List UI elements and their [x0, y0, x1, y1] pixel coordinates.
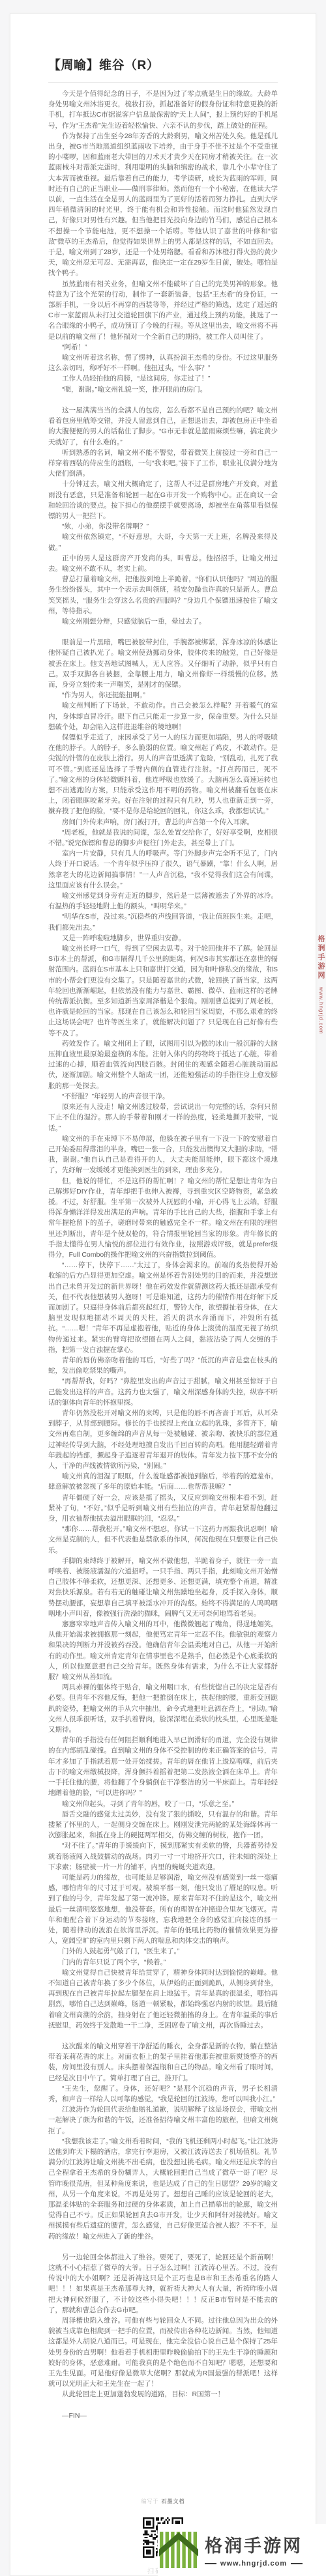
- paragraph: 青年仍然没松开对喻文州的束缚，只是他的唇不再吝啬于耳后，从耳朵到脖子，从背部到腰…: [48, 1408, 278, 1471]
- paragraph-gap: [48, 2400, 278, 2411]
- paragraph: 青年僵硬了好一会，应该是摇了摇头，又反应到喻文州根本看不到，赶紧补了句，“不好。…: [48, 1493, 278, 1524]
- paragraph: 房间门外传来声响，房门被打开，曹总的声音第一个传入耳廓。: [48, 817, 278, 827]
- paragraph: 窸窸窣窣地声音传入喻文州的耳中，他微微翘起了嘴角，得逞地媚笑。从他开始渴求被拥抱…: [48, 1619, 278, 1682]
- paragraph: 周泽楷也陷入维谷。可他有些与轮回众人不同。过往他总因为出众的外貌被当成靠色相爬到…: [48, 2315, 278, 2389]
- paragraph: 喻文州的手在束缚下不易伸展，他躲在被子里有一下没一下的安慰着自己开始委屈得落泪的…: [48, 1134, 278, 1176]
- paragraph: 青年的手指没有任何阻拦顺利地进入早已润滑好的甬道，完全没有规律的在内部胡乱碰撞。…: [48, 1735, 278, 1798]
- paragraph: 又是一阵呼啦啦地脚步，世界重归安静。: [48, 933, 278, 943]
- paragraph: 手脚的束缚终于被解开，喻文州不做他想，半跪着身子，就往一旁一直呼唤着、被肠液濡湿…: [48, 1556, 278, 1619]
- paragraph: 但，他说的帮忙，不是这样的帮忙啊！？喻文州的帮忙是想让青年为自己解绑好DIY作业…: [48, 1176, 278, 1261]
- side-watermark-site-name: 格润手游网: [317, 935, 325, 980]
- paragraph: 原来还有人没走！喻文州透过胶带，尝试说出一句完整的话，奈何只留下止不住的湿泞。那…: [48, 1102, 278, 1134]
- platform-link[interactable]: 石墨文档: [162, 2498, 185, 2504]
- paragraph: “阿希！”: [48, 342, 278, 352]
- paragraph: 喻文州觉得自己快被青年给贯穿了，精神身体同时达到愉悦的巅峰。他不知道自己被青年换…: [48, 1968, 278, 2031]
- paragraph: “作为男人，你还挺能扭啊。”: [48, 690, 278, 700]
- paragraph: 作为保持了出生至今28年芳香的大龄剩男，喻文州苦处久矣。他是孤儿出身，被G市当地…: [48, 131, 278, 279]
- paragraph: 虽然蓝雨有相关业务，但喻文州不能破坏了自己的完美男神的形象。他特意为了这个光荣的…: [48, 279, 278, 342]
- paragraph: 喻文州真的泪湿了眼眶，什么羞耻感都被抛到脑后，举着药的遮羞布，肆意解放被忽视了多…: [48, 1471, 278, 1492]
- paragraph: 喻文州仰起头，寻到了青年的唇，咬了一口，“乐意之至。”: [48, 1799, 278, 1809]
- paragraph: 江波涛作为轮回代表给他赔礼道歉，说明解释了这是场误会，带喻文州一起解决了颇为和谐…: [48, 2104, 278, 2136]
- paragraph: “那你……帮我松开。”喻文州不想忍，你试一下这药力再跟我说忍啊！喻文州是克制的人…: [48, 1524, 278, 1556]
- paragraph: 室内一片安静，只有几人的呼吸声。等门外脚步声完全听不见了，门内人终于开口说话。一…: [48, 848, 278, 891]
- brand-site-name: 格润手游网: [205, 2532, 303, 2557]
- paragraph: “王先生，您醒了。身体，还好吧？”是那个沉稳的声音，男子长相清秀，和声音一样给人…: [48, 2083, 278, 2104]
- paragraph: “……停下，快停下……”太过了，身体会渴求的。前端的炙热使得开始收缩的后方凸显得…: [48, 1260, 278, 1355]
- paragraph: 今天是个值得纪念的日子，不是因为过了零点就是生日的缘故。大龄单身处男喻文州沐浴更…: [48, 89, 278, 131]
- paragraph: 喻文州听着这名称，愣了愣神，认真扮演王杰希的身份。不过这里服务这么亲切吗，称呼好…: [48, 352, 278, 373]
- right-dash: [291, 2563, 303, 2564]
- paragraph: 青年的唇仿佛亲吻着他的耳后，“好些了吗？”低沉的声音是盘在枝头的蛇，发出偷吃禁果…: [48, 1355, 278, 1376]
- paragraph: 听到熟悉的名词，喻文州不能不警觉，带着微笑上前接过一旁和自己一样穿着西装的侍应生…: [48, 448, 278, 479]
- paragraph: 门外的人鼓起勇气敲了门，“医生来了。”: [48, 1946, 278, 1956]
- paragraph: “明华在S市，没过来。”沉稳些的声线回答道，“我让值班医生来。走吧，我们都先出去…: [48, 911, 278, 932]
- paragraph: 这一屋满满当当的全满人的包房，怎么看都不是自己预约的吧？喻文州看着包房里觥筹交错…: [48, 405, 278, 448]
- paragraph-gap: [48, 395, 278, 405]
- paragraph: 从此轮回走上更加蓬勃发展的道路，目标：R国第一！: [48, 2389, 278, 2399]
- paragraph-gap: [48, 2031, 278, 2041]
- paragraph-gap: [48, 627, 278, 637]
- written-prefix-label: 编写于: [141, 2498, 159, 2504]
- paragraph: “再帮帮我，好吗？”鼻腔里发出的声音过于甜腻，喻文州甚至惊讶于自己能发出这样的声…: [48, 1376, 278, 1408]
- paragraph: 另一边轮回全体都进入了维谷。要死了，要死了，轮回还是个新苗啊！这就不小心招惹了微…: [48, 2252, 278, 2315]
- brand-site-url: www.hngrjd.com: [220, 2560, 287, 2568]
- paragraph: 喻文州长呼一口气，得到了空闲去思考。对于轮回他并不了解。轮回是S市本土的帮派，和…: [48, 943, 278, 1038]
- side-watermark-site-url: www.hngrjd.com: [317, 987, 325, 1035]
- paragraph: “不舒服？”年轻男人的声音很干净。: [48, 1091, 278, 1102]
- paragraph: 唇舌交融的感觉太过美妙，没有发了狠的撕咬，只有温存的和谐。青年搂紧了怀里的人，一…: [48, 1809, 278, 1841]
- paragraph: 喻文州刚想分辩，只感觉脑后一重，晕过去了。: [48, 616, 278, 627]
- paragraph: 喻文州感觉到身旁有走近的脚步，然后是一层薄被遮去了外界的冰冷。有温热的手轻轻地附…: [48, 891, 278, 911]
- paragraph: 药效发作了。喻文州闭上了眼，试图用引以为傲的冰山一般沉静的大脑压抑血液里最原始最…: [48, 1038, 278, 1091]
- page-background: 【周喻】维谷（R） 今天是个值得纪念的日子，不是因为过了零点就是生日的缘故。大龄…: [0, 0, 326, 2576]
- paragraph: 两具赤裸的躯体终于贴合，喻文州咽口水，有些恍惚自己的决定是否有必要。但青年不容他…: [48, 1682, 278, 1735]
- paragraph: 十分钟过去，喻文州大概确定了，这帮人不过是群房地产开发商，对蓝雨没有恶意，只是准…: [48, 479, 278, 521]
- paragraph: —FIN—: [48, 2411, 278, 2421]
- brand-watermark: 格润手游网 www.hngrjd.com: [158, 2524, 326, 2576]
- article-body: 今天是个值得纪念的日子，不是因为过了零点就是生日的缘故。大龄单身处男喻文州沐浴更…: [48, 89, 278, 2421]
- paragraph: 工作人员轻拍他的肩膀，“是这间房，你走过了！”: [48, 373, 278, 384]
- paragraph: 保镖似乎走近了，床因承受了另一人的压力而更加塌陷，男人的呼吸喷在他的脖子。人的脖…: [48, 732, 278, 817]
- title-divider: [48, 82, 278, 83]
- paragraph: 可能是药力的缘故，也可能是足够润滑，喻文州没有感觉到一丝一毫痛感，哪怕青年的尺寸…: [48, 1872, 278, 1946]
- paragraph: “周老板，他就是我说的间谍，怎么处置交给你了，好好享受啊，皮相很不错。”说完保镖…: [48, 827, 278, 848]
- page-title: 【周喻】维谷（R）: [48, 55, 278, 73]
- side-watermark: 格润手游网 www.hngrjd.com: [316, 935, 325, 1035]
- paragraph: 眼前是一片黑暗，嘴巴被胶带封住，手腕都被绑紧，浑身冰凉的体感让他怀疑自己被扒光了…: [48, 637, 278, 690]
- document-card: 【周喻】维谷（R） 今天是个值得纪念的日子，不是因为过了零点就是生日的缘故。大龄…: [10, 13, 316, 2576]
- brand-url-row: www.hngrjd.com: [205, 2560, 303, 2568]
- paragraph: 正中的男人是这群房产开发商的头，叫曹总。他招招手，让喻文州过去。喻文州不敢不从，…: [48, 553, 278, 574]
- paragraph: 这次醒来的喻文州穿着干净舒适的睡衣，全身都是新的衣物，躺在整洁带着茉莉花香的床上…: [48, 2041, 278, 2083]
- paragraph-gap: [48, 2242, 278, 2252]
- paragraph: 喻文州判断了下场景，不敢动作。自己会被怎么样呢？开着暖气的室内，身体却直冒冷汗。…: [48, 700, 278, 732]
- paragraph: “我想我该走了。”喻文州看着时间，“我的飞机还剩两小时起飞。”让江波涛送他到昨天…: [48, 2136, 278, 2242]
- paragraph: “嗯，谢谢。”喻文州礼貌一笑，推开眼前的房门。: [48, 384, 278, 395]
- site-logo-icon: [158, 2529, 200, 2571]
- paragraph: 门内的青年只说了两个字，“候着。”: [48, 1957, 278, 1968]
- paragraph: 喻文州依然镇定，“不好意思，大哥，今天第一天上班，名牌没来得及做。”: [48, 532, 278, 552]
- paragraph: “对不住了。”青年的手缓缓向下，摸到那紧实有柔软的臀，兵器蓄势待发就着肠液闯入战…: [48, 1840, 278, 1872]
- paragraph: “欸，小弟，你没带名牌啊？”: [48, 521, 278, 532]
- left-dash: [205, 2563, 216, 2564]
- written-in-line: 编写于石墨文档: [48, 2498, 278, 2505]
- paragraph: 曹总打量着喻文州，把他按到地上半跪着，“你们认识他吗？”周边的服务生纷纷摇头，其…: [48, 574, 278, 616]
